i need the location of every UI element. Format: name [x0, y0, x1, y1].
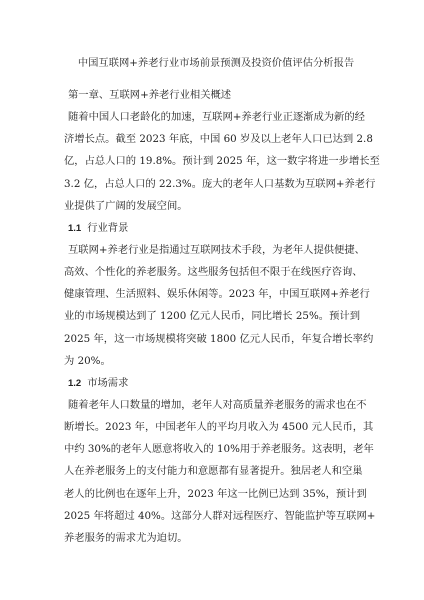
section-number: 1.1	[68, 223, 81, 234]
section-number: 1.2	[68, 378, 81, 389]
document-page: 中国互联网+养老行业市场前景预测及投资价值评估分析报告 第一章、互联网+养老行业…	[0, 0, 424, 600]
industry-background-paragraph: 互联网+养老行业是指通过互联网技术手段，为老年人提供便捷、 高效、个性化的养老服…	[64, 239, 360, 372]
paragraph-line: 断增长。2023 年，中国老年人的平均月收入为 4500 元人民币，其	[64, 416, 360, 438]
paragraph-line: 3.2 亿，占总人口的 22.3%。庞大的老年人口基数为互联网+养老行	[64, 173, 360, 195]
paragraph-line: 高效、个性化的养老服务。这些服务包括但不限于在线医疗咨询、	[64, 261, 360, 283]
market-demand-paragraph: 随着老年人口数量的增加，老年人对高质量养老服务的需求也在不 断增长。2023 年…	[64, 394, 360, 549]
paragraph-line: 随着中国人口老龄化的加速，互联网+养老行业正逐渐成为新的经	[64, 106, 360, 128]
paragraph-line: 2025 年，这一市场规模将突破 1800 亿元人民币，年复合增长率约	[64, 328, 360, 350]
paragraph-line: 人在养老服务上的支付能力和意愿都有显著提升。独居老人和空巢	[64, 460, 360, 482]
section-heading-industry-background: 1.1行业背景	[64, 217, 360, 239]
paragraph-line: 业提供了广阔的发展空间。	[64, 195, 360, 217]
paragraph-line: 互联网+养老行业是指通过互联网技术手段，为老年人提供便捷、	[64, 239, 360, 261]
paragraph-line: 为 20%。	[64, 350, 360, 372]
paragraph-line: 健康管理、生活照料、娱乐休闲等。2023 年，中国互联网+养老行	[64, 283, 360, 305]
paragraph-line: 业的市场规模达到了 1200 亿元人民币，同比增长 25%。预计到	[64, 305, 360, 327]
section-title: 市场需求	[87, 377, 128, 389]
section-heading-market-demand: 1.2市场需求	[64, 372, 360, 394]
section-title: 行业背景	[87, 222, 128, 234]
document-body: 第一章、互联网+养老行业相关概述 随着中国人口老龄化的加速，互联网+养老行业正逐…	[64, 84, 360, 549]
paragraph-line: 济增长点。截至 2023 年底，中国 60 岁及以上老年人口已达到 2.8	[64, 128, 360, 150]
chapter-heading: 第一章、互联网+养老行业相关概述	[64, 84, 360, 106]
paragraph-line: 随着老年人口数量的增加，老年人对高质量养老服务的需求也在不	[64, 394, 360, 416]
paragraph-line: 2025 年将超过 40%。这部分人群对远程医疗、智能监护等互联网+	[64, 505, 360, 527]
paragraph-line: 养老服务的需求尤为迫切。	[64, 527, 360, 549]
intro-paragraph: 随着中国人口老龄化的加速，互联网+养老行业正逐渐成为新的经 济增长点。截至 20…	[64, 106, 360, 217]
paragraph-line: 中约 30%的老年人愿意将收入的 10%用于养老服务。这表明，老年	[64, 438, 360, 460]
paragraph-line: 老人的比例也在逐年上升，2023 年这一比例已达到 35%，预计到	[64, 483, 360, 505]
document-title: 中国互联网+养老行业市场前景预测及投资价值评估分析报告	[68, 52, 364, 74]
paragraph-line: 亿，占总人口的 19.8%。预计到 2025 年，这一数字将进一步增长至	[64, 150, 360, 172]
